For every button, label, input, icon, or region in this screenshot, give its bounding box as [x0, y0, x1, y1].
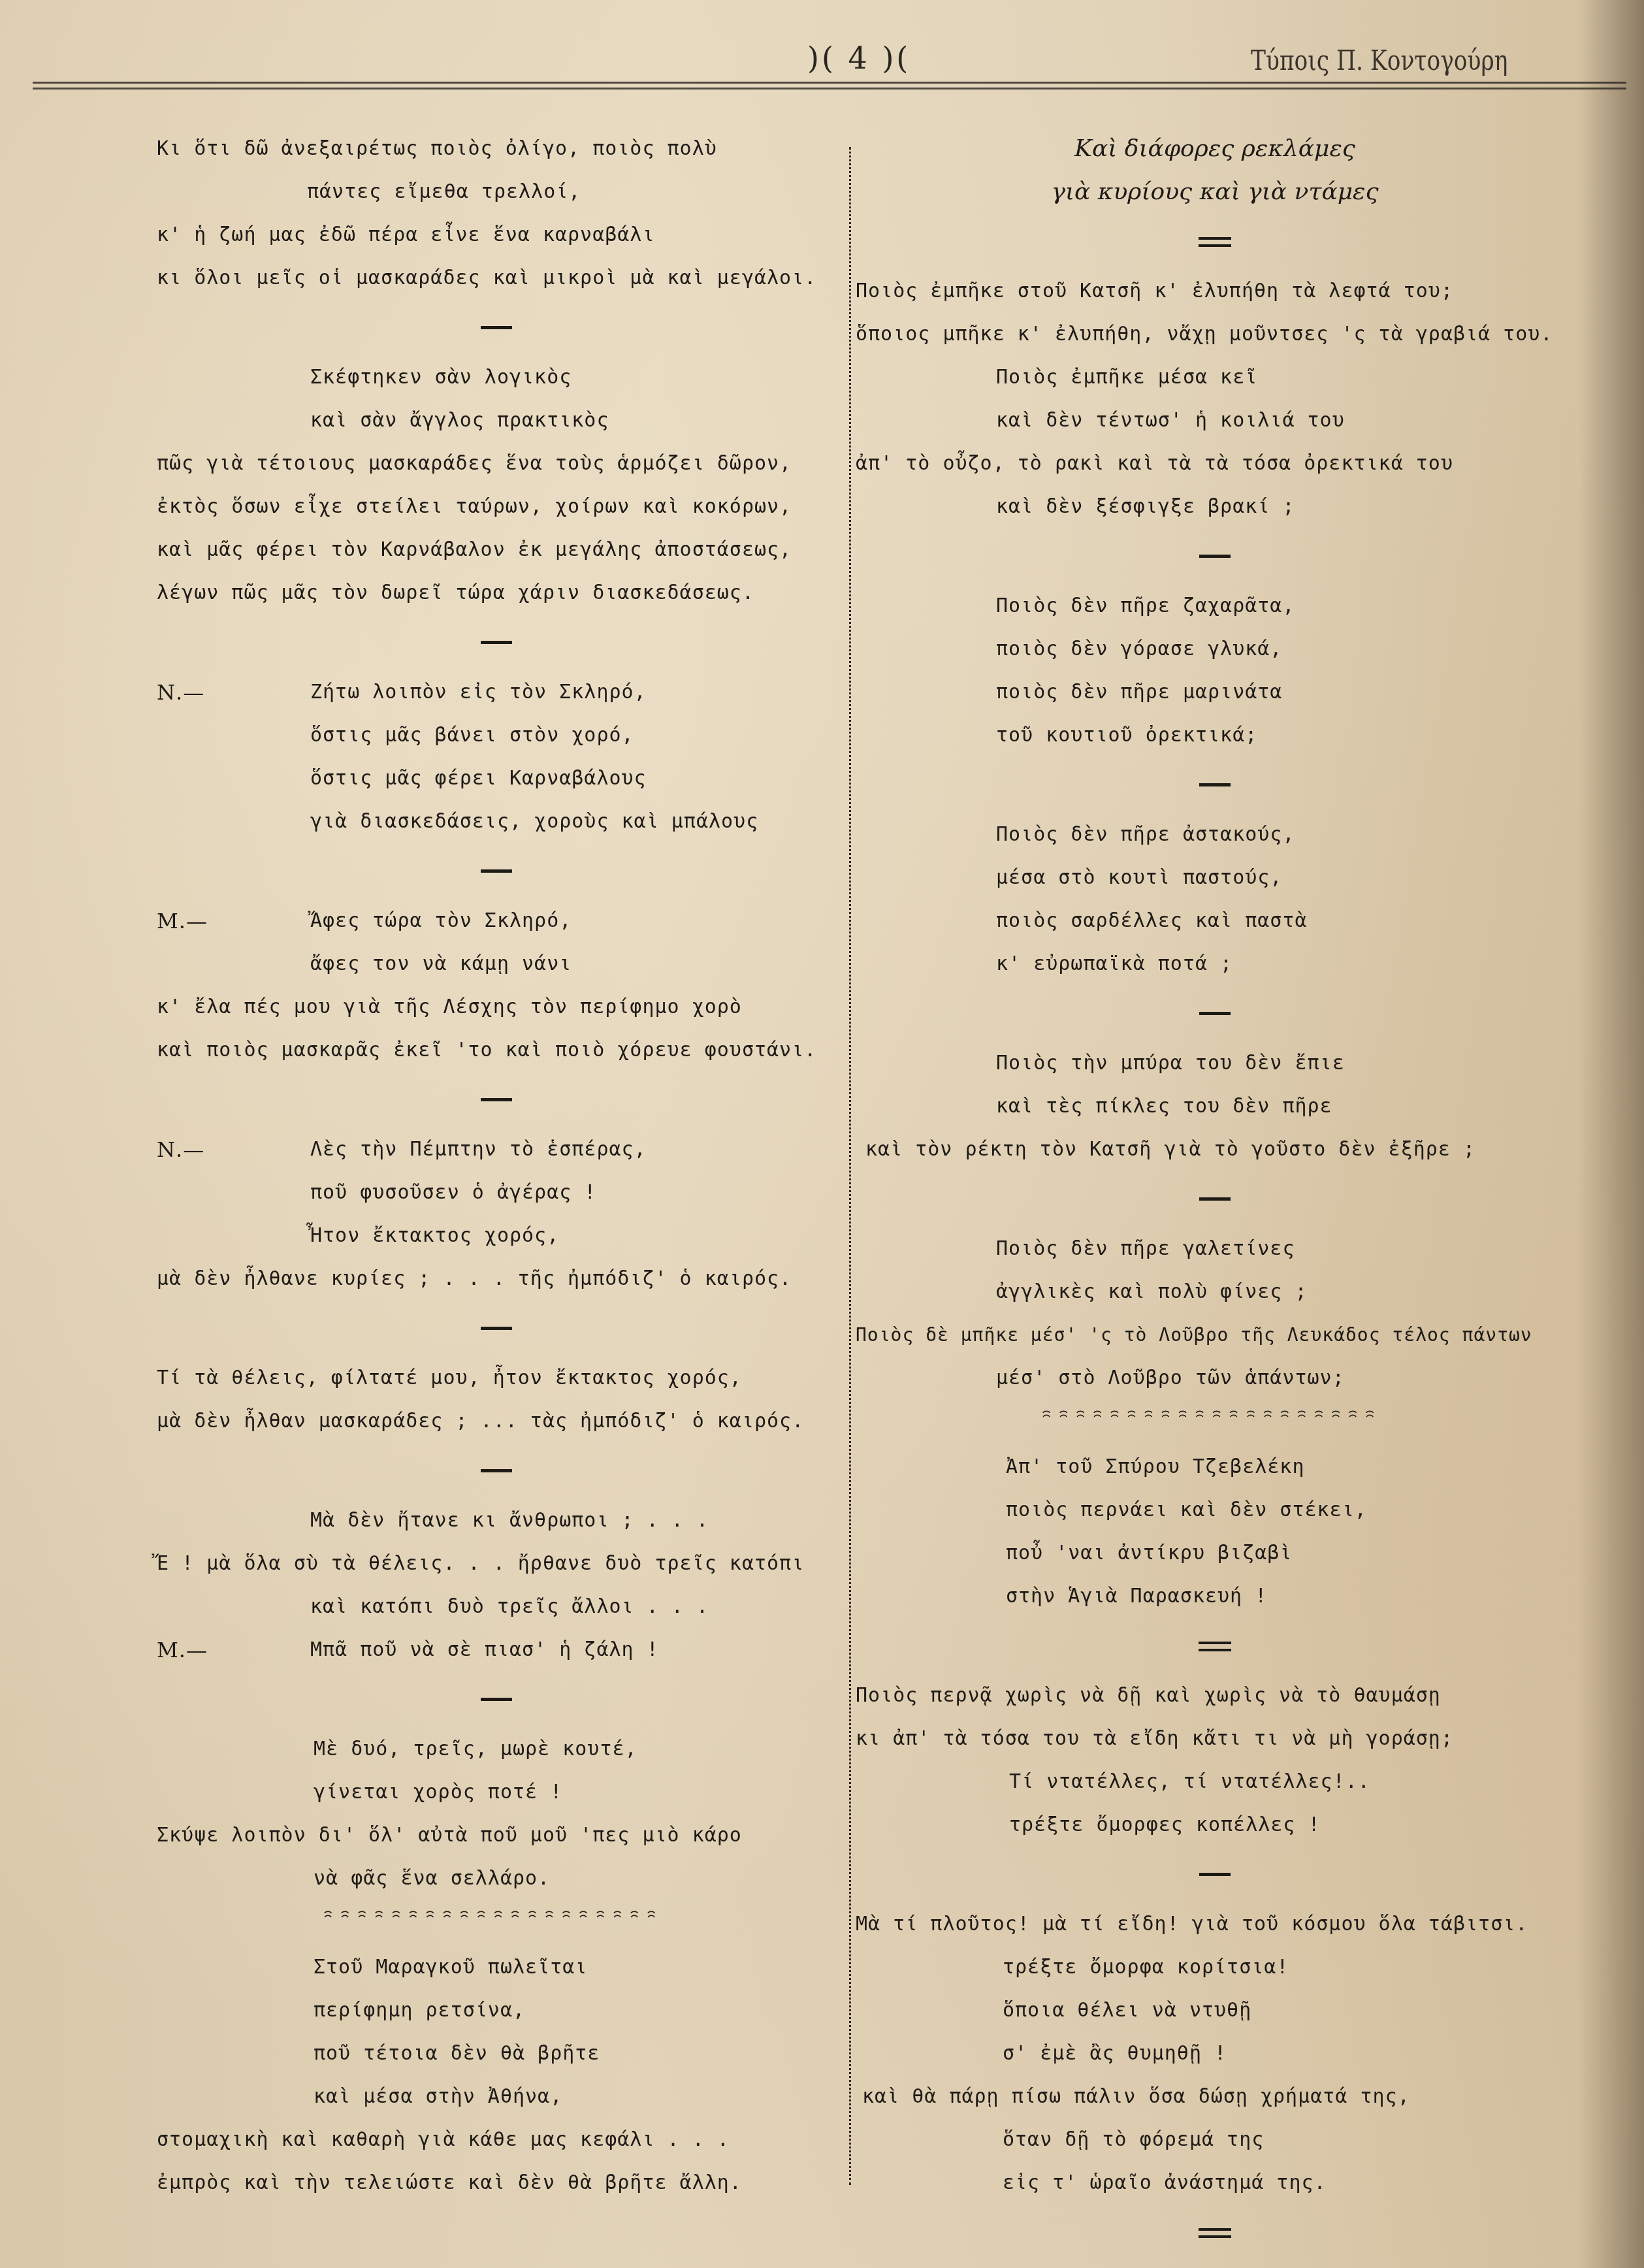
ornament-rule: ꩰ ꩰ ꩰ ꩰ ꩰ ꩰ ꩰ ꩰ ꩰ ꩰ ꩰ ꩰ ꩰ ꩰ ꩰ ꩰ ꩰ ꩰ ꩰ ꩰ [157, 1900, 836, 1946]
header-rule [33, 82, 1626, 89]
verse-line: μὰ δὲν ἦλθαν μασκαράδες ; ... τὰς ἠμπόδι… [157, 1400, 836, 1443]
verse-line: καὶ κατόπι δυὸ τρεῖς ἄλλοι . . . [157, 1585, 836, 1628]
verse-line: Μπᾶ ποῦ νὰ σὲ πιασ' ἡ ζάλη ! [310, 1638, 659, 1661]
separator-dash [157, 1672, 836, 1728]
advertisement: Ποιὸς δὲν πῆρε γαλετίνες ἀγγλικὲς καὶ πο… [856, 1227, 1574, 1400]
separator-double [856, 214, 1574, 270]
stanza-dialogue: Ν.— Λὲς τὴν Πέμπτην τὸ ἑσπέρας, ποῦ φυσο… [157, 1128, 836, 1301]
verse-line: καὶ δὲν τέντωσ' ἡ κοιλιά του [856, 399, 1574, 442]
stanza: Σκέφτηκεν σὰν λογικὸς καὶ σὰν ἄγγλος πρα… [157, 356, 836, 615]
verse-line: περίφημη ρετσίνα, [157, 1989, 836, 2032]
verse-line: Ποιὸς δὲ μπῆκε μέσ' 'ς τὸ Λοῦβρο τῆς Λευ… [856, 1314, 1574, 1357]
verse-line: πάντες εἴμεθα τρελλοί, [157, 170, 836, 214]
verse-line: καὶ δὲν ξέσφιγξε βρακί ; [856, 485, 1574, 528]
section-title: Καὶ διάφορες ρεκλάμες [856, 127, 1574, 170]
advertisement: Στοῦ Μαραγκοῦ πωλεῖται περίφημη ρετσίνα,… [157, 1946, 836, 2205]
verse-line: ἀγγλικὲς καὶ πολὺ φίνες ; [856, 1271, 1574, 1314]
verse-line: Μὰ δὲν ἤτανε κι ἄνθρωποι ; . . . [157, 1499, 836, 1542]
advertisement: Μὰ τί πλοῦτος! μὰ τί εἴδη! γιὰ τοῦ κόσμο… [856, 1903, 1574, 2205]
stanza: Τί τὰ θέλεις, φίλτατέ μου, ἦτον ἔκτακτος… [157, 1357, 836, 1443]
separator-double [856, 1618, 1574, 1674]
separator-dash [856, 757, 1574, 813]
verse-line: Στοῦ Μαραγκοῦ πωλεῖται [157, 1946, 836, 1989]
verse-line: σ' ἐμὲ ἂς θυμηθῇ ! [856, 2032, 1574, 2075]
separator-dash [856, 1847, 1574, 1903]
verse-line: λέγων πῶς μᾶς τὸν δωρεῖ τώρα χάριν διασκ… [157, 572, 836, 615]
verse-line: Σκέφτηκεν σὰν λογικὸς [157, 356, 836, 399]
verse-line: καὶ ποιὸς μασκαρᾶς ἐκεῖ 'το καὶ ποιὸ χόρ… [157, 1029, 836, 1072]
verse-line: πῶς γιὰ τέτοιους μασκαράδες ἕνα τοὺς ἁρμ… [157, 442, 836, 485]
verse-line: Ἦτον ἔκτακτος χορός, [157, 1214, 836, 1257]
verse-line: ὅποια θέλει νὰ ντυθῇ [856, 1989, 1574, 2032]
verse-line: κ' εὐρωπαϊκὰ ποτά ; [856, 943, 1574, 986]
verse-line: ὅστις μᾶς βάνει στὸν χορό, [157, 714, 836, 757]
page-number: )( 4 )( [807, 40, 911, 76]
stanza-dialogue: Μὰ δὲν ἤτανε κι ἄνθρωποι ; . . . Ἔ ! μὰ … [157, 1499, 836, 1672]
verse-line: ὅποιος μπῆκε κ' ἐλυπήθη, νἄχῃ μοῦντσες '… [856, 313, 1574, 356]
verse-line: ποῦ φυσοῦσεν ὁ ἀγέρας ! [157, 1171, 836, 1214]
verse-line: ἀπ' τὸ οὖζο, τὸ ρακὶ καὶ τὰ τὰ τόσα ὀρεκ… [856, 442, 1574, 485]
advertisement: Ποιὸς δὲν πῆρε ζαχαρᾶτα, ποιὸς δὲν γόρασ… [856, 585, 1574, 757]
verse-line: Ποιὸς ἐμπῆκε στοῦ Κατσῆ κ' ἐλυπήθη τὰ λε… [856, 270, 1574, 313]
verse-line: Ποιὸς ἐμπῆκε μέσα κεῖ [856, 356, 1574, 399]
verse-line: μὰ δὲν ἦλθανε κυρίες ; . . . τῆς ἠμπόδιζ… [157, 1257, 836, 1301]
separator-dash [856, 1171, 1574, 1227]
advertisement: Ποιὸς περνᾷ χωρὶς νὰ δῇ καὶ χωρὶς νὰ τὸ … [856, 1674, 1574, 1847]
advertisement: Ποιὸς ἐμπῆκε στοῦ Κατσῆ κ' ἐλυπήθη τὰ λε… [856, 270, 1574, 528]
verse-line: καὶ τὲς πίκλες του δὲν πῆρε [856, 1085, 1574, 1128]
verse-line: Ἀπ' τοῦ Σπύρου Τζεβελέκη [856, 1446, 1574, 1489]
verse-line: καὶ τὸν ρέκτη τὸν Κατσῆ γιὰ τὸ γοῦστο δὲ… [856, 1128, 1574, 1171]
advertisement: Ποιὸς δὲν πῆρε ἀστακούς, μέσα στὸ κουτὶ … [856, 813, 1574, 986]
stanza-dialogue: Ν.— Ζήτω λοιπὸν εἰς τὸν Σκληρό, ὅστις μᾶ… [157, 671, 836, 843]
verse-line: ἐμπρὸς καὶ τὴν τελειώστε καὶ δὲν θὰ βρῆτ… [157, 2162, 836, 2205]
verse-line: Ποιὸς δὲν πῆρε ἀστακούς, [856, 813, 1574, 856]
ornament-rule: ꩰ ꩰ ꩰ ꩰ ꩰ ꩰ ꩰ ꩰ ꩰ ꩰ ꩰ ꩰ ꩰ ꩰ ꩰ ꩰ ꩰ ꩰ ꩰ ꩰ [856, 1400, 1574, 1446]
verse-line: καὶ μᾶς φέρει τὸν Καρνάβαλον ἐκ μεγάλης … [157, 528, 836, 572]
advertisement: Ἀπ' τοῦ Σπύρου Τζεβελέκη ποιὸς περνάει κ… [856, 1446, 1574, 1618]
verse-line: Λὲς τὴν Πέμπτην τὸ ἑσπέρας, [310, 1138, 647, 1161]
verse-line: Ποιὸς δὲν πῆρε ζαχαρᾶτα, [856, 585, 1574, 628]
verse-line: Τί ντατέλλες, τί ντατέλλες!.. [856, 1760, 1574, 1804]
verse-line: Ἔ ! μὰ ὅλα σὺ τὰ θέλεις. . . ἤρθανε δυὸ … [157, 1542, 836, 1585]
speaker-label: Ν.— [157, 671, 204, 714]
stanza: Μὲ δυό, τρεῖς, μωρὲ κουτέ, γίνεται χορὸς… [157, 1728, 836, 1900]
verse-line: ἄφες τον νὰ κάμῃ νάνι [157, 943, 836, 986]
verse-line: ποῦ τέτοια δὲν θὰ βρῆτε [157, 2032, 836, 2075]
verse-line: Κι ὅτι δῶ ἀνεξαιρέτως ποιὸς ὀλίγο, ποιὸς… [157, 127, 836, 170]
verse-line: Ζήτω λοιπὸν εἰς τὸν Σκληρό, [310, 681, 647, 704]
section-subtitle: γιὰ κυρίους καὶ γιὰ ντάμες [856, 170, 1574, 214]
separator-dash [157, 1072, 836, 1128]
stanza-dialogue: Μ.— Ἄφες τώρα τὸν Σκληρό, ἄφες τον νὰ κά… [157, 899, 836, 1072]
verse-line: εἰς τ' ὡραῖο ἀνάστημά της. [856, 2162, 1574, 2205]
verse-line: καὶ μέσα στὴν Ἀθήνα, [157, 2075, 836, 2118]
verse-line: ποιὸς σαρδέλλες καὶ παστὰ [856, 899, 1574, 943]
verse-line: Μὲ δυό, τρεῖς, μωρὲ κουτέ, [157, 1728, 836, 1771]
verse-line: κι ὅλοι μεῖς οἱ μασκαράδες καὶ μικροὶ μὰ… [157, 257, 836, 300]
separator-double-end [856, 2205, 1574, 2237]
verse-line: ὅστις μᾶς φέρει Καρναβάλους [157, 757, 836, 800]
verse-line: ὅταν δῇ τὸ φόρεμά της [856, 2118, 1574, 2162]
verse-line: γιὰ διασκεδάσεις, χοροὺς καὶ μπάλους [157, 800, 836, 843]
stanza: Κι ὅτι δῶ ἀνεξαιρέτως ποιὸς ὀλίγο, ποιὸς… [157, 127, 836, 300]
speaker-label: Μ.— [157, 899, 208, 943]
separator-dash [856, 528, 1574, 585]
right-column: Καὶ διάφορες ρεκλάμες γιὰ κυρίους καὶ γι… [856, 127, 1574, 2237]
verse-line: νὰ φᾶς ἕνα σελλάρο. [157, 1857, 836, 1900]
verse-line: καὶ σὰν ἄγγλος πρακτικὸς [157, 399, 836, 442]
verse-line: γίνεται χορὸς ποτέ ! [157, 1771, 836, 1814]
verse-line: ποιὸς δὲν πῆρε μαρινάτα [856, 671, 1574, 714]
separator-dash [157, 843, 836, 899]
page-header: )( 4 )( Τύποις Π. Κοντογούρη [0, 0, 1644, 98]
separator-dash [157, 300, 836, 356]
verse-line: τρέξτε ὄμορφα κορίτσια! [856, 1946, 1574, 1989]
verse-line: καὶ θὰ πάρῃ πίσω πάλιν ὅσα δώσῃ χρήματά … [856, 2075, 1574, 2118]
verse-line: κι ἀπ' τὰ τόσα του τὰ εἴδη κἄτι τι νὰ μὴ… [856, 1717, 1574, 1760]
verse-line: μέσα στὸ κουτὶ παστούς, [856, 856, 1574, 899]
verse-line: ποιὸς περνάει καὶ δὲν στέκει, [856, 1489, 1574, 1532]
verse-line: Ἄφες τώρα τὸν Σκληρό, [310, 909, 572, 932]
separator-dash [856, 986, 1574, 1042]
verse-line: ποὖ 'ναι ἀντίκρυ βιζαβὶ [856, 1532, 1574, 1575]
verse-line: Ποιὸς τὴν μπύρα του δὲν ἔπιε [856, 1042, 1574, 1085]
verse-line: Ποιὸς περνᾷ χωρὶς νὰ δῇ καὶ χωρὶς νὰ τὸ … [856, 1674, 1574, 1717]
verse-line: Μὰ τί πλοῦτος! μὰ τί εἴδη! γιὰ τοῦ κόσμο… [856, 1903, 1574, 1946]
separator-dash [157, 615, 836, 671]
verse-line: Ποιὸς δὲν πῆρε γαλετίνες [856, 1227, 1574, 1271]
separator-dash [157, 1301, 836, 1357]
speaker-label: Μ.— [157, 1628, 208, 1672]
verse-line: Τί τὰ θέλεις, φίλτατέ μου, ἦτον ἔκτακτος… [157, 1357, 836, 1400]
left-column: Κι ὅτι δῶ ἀνεξαιρέτως ποιὸς ὀλίγο, ποιὸς… [157, 127, 836, 2205]
verse-line: ποιὸς δὲν γόρασε γλυκά, [856, 628, 1574, 671]
verse-line: τρέξτε ὄμορφες κοπέλλες ! [856, 1804, 1574, 1847]
separator-dash [157, 1443, 836, 1499]
column-divider [849, 147, 851, 2185]
verse-line: στὴν Ἁγιὰ Παρασκευή ! [856, 1575, 1574, 1618]
verse-line: στομαχικὴ καὶ καθαρὴ γιὰ κάθε μας κεφάλι… [157, 2118, 836, 2162]
verse-line: Σκύψε λοιπὸν δι' ὅλ' αὐτὰ ποῦ μοῦ 'πες μ… [157, 1814, 836, 1857]
verse-line: κ' ἔλα πές μου γιὰ τῆς Λέσχης τὸν περίφη… [157, 986, 836, 1029]
verse-line: μέσ' στὸ Λοῦβρο τῶν ἁπάντων; [856, 1357, 1574, 1400]
verse-line: κ' ἡ ζωή μας ἐδῶ πέρα εἶνε ἕνα καρναβάλι [157, 214, 836, 257]
advertisement: Ποιὸς τὴν μπύρα του δὲν ἔπιε καὶ τὲς πίκ… [856, 1042, 1574, 1171]
verse-line: τοῦ κουτιοῦ ὀρεκτικά; [856, 714, 1574, 757]
speaker-label: Ν.— [157, 1128, 204, 1171]
printer-credit: Τύποις Π. Κοντογούρη [1251, 44, 1507, 76]
verse-line: ἐκτὸς ὅσων εἶχε στείλει ταύρων, χοίρων κ… [157, 485, 836, 528]
